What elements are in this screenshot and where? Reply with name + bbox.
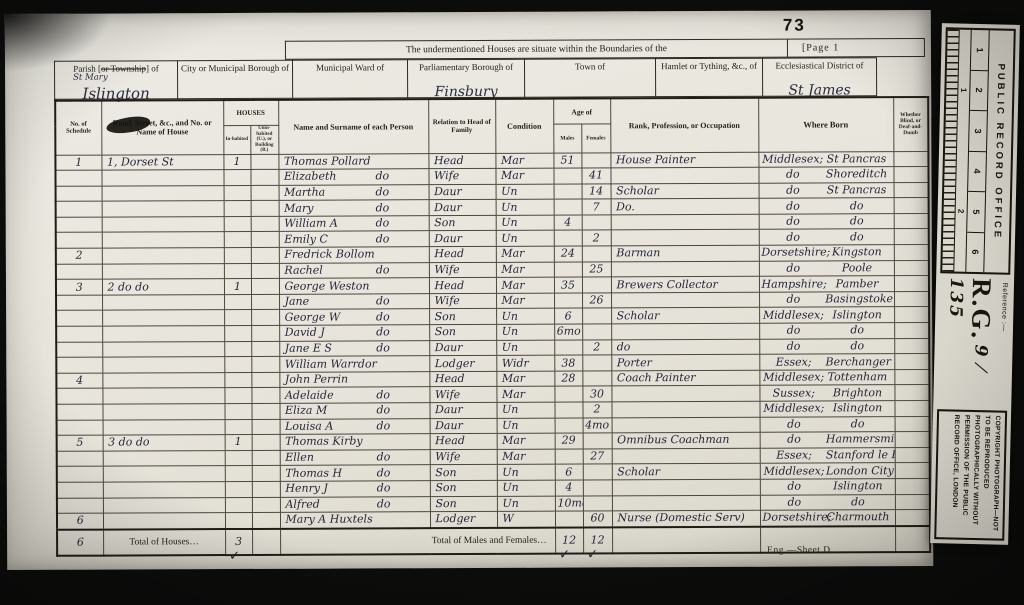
cell-schedule [57,498,103,514]
cell-schedule: 4 [56,373,102,389]
cell-schedule [56,389,102,405]
cell-name: Jane E Sdo [279,340,429,356]
cell-relation: Son [430,496,497,512]
born-place: do [825,200,889,212]
col-header-born: Where Born [758,97,893,152]
born-county: do [761,169,825,181]
hamlet-label: Hamlet or Tything, &c., of [661,61,757,71]
cell-relation: Daur [429,231,496,247]
cell-infirmity [894,198,929,214]
cell-infirmity [893,167,928,183]
cell-born: Middlesex;Islington [759,401,894,417]
born-county: Middlesex; [762,465,826,477]
cell-inhabited [224,201,251,217]
cell-schedule [56,295,102,311]
cell-condition: Un [496,324,554,340]
cell-occupation [612,448,760,464]
cell-condition: Un [496,231,554,247]
cell-born: doSt Pancras [759,182,894,198]
page-label: [Page 1 [787,38,925,58]
cell-relation: Lodger [430,512,497,528]
cell-condition: Mar [497,433,555,449]
cell-born: dodo [759,198,894,214]
cell-uninhabited [252,435,280,451]
cell-name: Alfreddo [280,496,430,512]
cell-born: dodo [760,494,895,510]
cell-condition: Un [497,418,555,434]
cell-age-female: 4mo [583,417,612,433]
person-name: William Warrdor [285,358,377,370]
person-name: George Weston [284,280,369,292]
boundary-title: The undermentioned Houses are situate wi… [285,39,787,60]
cell-road [102,201,224,217]
cell-occupation [611,292,759,308]
ruler-cm-mark: 1 [971,30,989,71]
cell-inhabited [224,263,251,279]
ruler-cm-mark: 4 [968,151,986,192]
born-county: do [762,340,826,352]
cell-relation: Head [429,246,496,262]
cell-uninhabited [251,247,279,263]
cell-age-male [553,168,581,184]
cell-inhabited: 1 [224,279,251,295]
born-place: do [825,340,889,352]
cell-infirmity [894,338,929,354]
cell-condition: Widr [496,355,554,371]
microfilm-photo: 73 The undermentioned Houses are situate… [0,0,1024,605]
col-header-schedule: No. of Schedule [55,101,101,155]
cell-inhabited [225,450,252,466]
surname-ditto: do [376,389,390,401]
person-name: George W [285,311,341,323]
cell-occupation [611,323,759,339]
cell-schedule [57,466,103,482]
cell-age-female [582,371,611,387]
cell-relation: Wife [428,168,495,184]
cell-road [102,388,224,404]
cell-inhabited [224,310,251,326]
cell-name: Thomas Hdo [280,465,430,481]
cell-inhabited [224,248,251,264]
cell-relation: Head [429,278,496,294]
cell-condition: Mar [495,168,553,184]
totals-blank [612,526,760,553]
person-name: Mary A Huxtels [285,514,372,526]
cell-uninhabited [251,310,279,326]
cell-condition: Un [497,496,555,512]
cell-road [101,170,223,186]
person-name: Louisa A [285,420,333,432]
surname-ditto: do [376,202,390,214]
cell-name: John Perrin [279,371,429,387]
born-county: Dorsetshire; [762,512,826,524]
cell-age-female: 30 [582,386,611,402]
person-name: William A [284,218,338,230]
cell-condition: Mar [496,371,554,387]
cell-name: Henry Jdo [280,481,430,497]
cell-schedule [56,311,102,327]
cell-relation: Daur [430,418,497,434]
parliamentary-borough-value: Finsbury [408,87,524,98]
cell-age-male [554,293,582,309]
cell-occupation [612,495,760,511]
cell-age-male: 6mo [554,324,582,340]
cell-road [102,232,224,248]
cell-age-female: 27 [583,449,612,465]
cell-name: William Warrdor [279,356,429,372]
surname-ditto: do [377,467,391,479]
person-name: Thomas H [285,467,342,479]
cell-uninhabited [252,512,280,528]
surname-ditto: do [377,498,391,510]
born-county: Middlesex; [762,309,826,321]
totals-schedule-mark: 6 [57,529,103,555]
reference-number: R.G. 9 ⁄ 135 [943,277,997,404]
ruler-cm-mark: 2 [970,70,988,111]
enumerator-check-females: ✓ [587,547,598,562]
cell-name: David Jdo [279,325,429,341]
cell-occupation [611,261,759,277]
born-place: Islington [825,309,889,321]
born-county: Essex; [762,450,826,462]
born-place: Shoreditch [825,169,889,181]
cell-inhabited [224,372,251,388]
cell-relation: Daur [429,184,496,200]
born-county: Hampshire; [761,278,825,290]
city-label: City or Municipal Borough of [181,63,289,73]
cell-age-female [582,246,611,262]
cell-inhabited [224,325,251,341]
cell-age-female: 41 [581,168,610,184]
cell-road [102,248,224,264]
col-header-condition: Condition [495,99,553,153]
hamlet-box: Hamlet or Tything, &c., of [655,58,762,97]
cell-infirmity [894,369,929,385]
cell-born: Middlesex;Tottenham [759,369,894,385]
cell-age-female: 26 [582,293,611,309]
cell-occupation: Do. [611,199,759,215]
ward-box: Municipal Ward of [292,59,407,99]
city-box: City or Municipal Borough of [177,60,292,100]
born-place: Islington [826,402,890,414]
parish-value: Islington [55,88,177,99]
cell-uninhabited [252,466,280,482]
cell-inhabited [225,481,252,497]
cell-born: dodo [759,214,894,230]
cell-relation: Daur [429,200,496,216]
cell-infirmity [894,400,929,416]
cell-relation: Head [429,371,496,387]
cell-age-male: 51 [553,153,581,169]
cell-condition: Un [496,215,554,231]
born-place: Pamber [825,278,889,290]
cell-road [102,185,224,201]
cell-age-male: 29 [555,433,583,449]
cell-schedule: 3 [56,279,102,295]
cell-relation: Son [429,309,496,325]
ecclesiastical-district-box: Ecclesiastical District of St James [762,57,877,97]
col-header-infirm: Whether Blind, or Deaf-and-Dumb [893,97,928,151]
cell-road [102,326,224,342]
cell-name: William Ado [279,216,429,232]
cell-schedule [56,357,102,373]
cell-relation: Wife [429,387,496,403]
cell-born: doBasingstoke [759,291,894,307]
cell-age-female [582,324,611,340]
cell-age-male: 35 [554,277,582,293]
cell-born: Middlesex;Islington [759,307,894,323]
born-county: do [761,184,825,196]
cell-inhabited [224,357,251,373]
cell-occupation [612,417,760,433]
cell-occupation [611,214,759,230]
cell-age-male [554,386,582,402]
person-name: Fredrick Bollom [284,249,374,261]
cell-occupation: Omnibus Coachman [612,432,760,448]
cell-infirmity [894,291,929,307]
cell-age-female: 2 [582,402,611,418]
cell-relation: Son [430,465,497,481]
cell-occupation: do [611,339,759,355]
cell-age-female [583,464,612,480]
cell-infirmity [894,229,929,245]
cell-inhabited [224,216,251,232]
cell-inhabited [223,170,250,186]
cell-infirmity [894,276,929,292]
enumerator-check-houses: ✓ [229,549,240,564]
surname-ditto: do [376,311,390,323]
col-header-houses: HOUSES [223,100,278,126]
pro-office-label: PUBLIC RECORD OFFICE [984,30,1013,272]
person-name: Elizabeth [284,171,337,183]
cell-road [103,497,225,513]
cell-inhabited [224,388,251,404]
person-name: Alfred [285,499,319,511]
cell-inhabited: 1 [223,154,250,170]
cell-born: dodo [759,338,894,354]
cell-inhabited [225,419,252,435]
person-name: Thomas Pollard [284,155,371,167]
cell-name: Adelaidedo [279,387,429,403]
cell-occupation: Scholar [611,183,759,199]
parliamentary-borough-box: Parliamentary Borough of Finsbury [407,59,524,99]
cell-born: dodo [759,229,894,245]
cell-road [102,404,224,420]
cell-road [102,216,224,232]
born-county: do [762,481,826,493]
ecclesiastical-district-label: Ecclesiastical District of [776,60,864,70]
cell-age-female: 25 [582,262,611,278]
person-name: Ellen [285,452,314,464]
cell-inhabited [224,185,251,201]
person-name: John Perrin [285,374,348,386]
cell-road [102,341,224,357]
cell-age-male [554,262,582,278]
cell-schedule [57,420,103,436]
cell-age-male: 4 [555,480,583,496]
person-name: Henry J [285,483,328,495]
born-place: Hammersmith [826,434,890,446]
born-place: Tottenham [826,371,890,383]
cell-road [103,482,225,498]
parish-value-small: St Mary [73,73,108,83]
cell-age-female [582,277,611,293]
cell-road [102,372,224,388]
cell-schedule [57,451,103,467]
cell-uninhabited [251,403,279,419]
town-box: Town of [524,58,655,98]
cell-inhabited [224,232,251,248]
born-place: Islington [826,480,890,492]
cell-condition: Mar [496,262,554,278]
cell-schedule [56,186,102,202]
cell-uninhabited [250,154,278,170]
cell-born: Sussex;Brighton [759,385,894,401]
cell-name: Thomas Pollard [278,153,428,169]
born-place: do [825,231,889,243]
col-header-age: Age of [553,98,610,124]
cell-road [102,263,224,279]
totals-blank [252,529,280,555]
cell-name: Mary A Huxtels [280,512,430,529]
cell-schedule [56,264,102,280]
cell-name: George Weston [279,278,429,294]
cell-uninhabited [251,232,279,248]
born-place: Kingston [825,247,889,259]
cell-relation: Wife [429,293,496,309]
cell-uninhabited [251,263,279,279]
cell-name: Emily Cdo [279,231,429,247]
cell-age-female [582,215,611,231]
born-county: do [761,231,825,243]
cell-born: Hampshire;Pamber [759,276,894,292]
cell-uninhabited [251,388,279,404]
cell-relation: Wife [429,262,496,278]
cell-road [103,466,225,482]
cell-age-female: 7 [582,199,611,215]
cell-occupation: Scholar [612,464,760,480]
cell-born: doShoreditch [758,167,893,183]
surname-ditto: do [377,451,391,463]
col-header-inhabited: In-habited [223,125,250,154]
cell-name: Elizabethdo [278,169,428,185]
cell-infirmity [894,245,929,261]
cell-name: Eliza Mdo [279,403,429,419]
cell-road [102,357,224,373]
born-county: do [761,262,825,274]
cell-age-male [554,184,582,200]
cell-infirmity [894,182,929,198]
cell-condition: Mar [495,153,553,169]
born-county: do [762,496,826,508]
cell-age-female: 14 [582,184,611,200]
cell-condition: Mar [496,387,554,403]
cell-infirmity [893,151,928,167]
cell-occupation [611,386,759,402]
cell-uninhabited [251,325,279,341]
born-county: do [762,294,826,306]
born-county: do [761,200,825,212]
cell-schedule [56,233,102,249]
cell-occupation: House Painter [610,152,758,168]
cell-born: Essex;Stanford le Hope [760,447,895,463]
cell-age-male [554,230,582,246]
col-header-relation: Relation to Head of Family [428,99,495,153]
cell-uninhabited [251,294,279,310]
ecclesiastical-district-value: St James [763,85,876,95]
parliamentary-borough-label: Parliamentary Borough of [419,62,513,72]
cell-age-male: 6 [554,308,582,324]
copyright-notice: COPYRIGHT PHOTOGRAPH—NOT TO BE REPRODUCE… [934,409,1007,541]
born-county: do [761,216,825,228]
cell-uninhabited [252,419,280,435]
cell-age-female [583,480,612,496]
cell-relation: Wife [430,449,497,465]
surname-ditto: do [376,327,390,339]
cell-schedule [56,326,102,342]
cell-age-female: 2 [582,230,611,246]
cell-infirmity [895,494,930,510]
cell-infirmity [895,416,930,432]
col-header-occupation: Rank, Profession, or Occupation [610,98,758,153]
cell-condition: Un [496,309,554,325]
ruler-inch-mark: 2 [957,209,966,214]
born-county: do [762,434,826,446]
born-county: Middlesex; [762,372,826,384]
cell-age-female: 2 [582,340,611,356]
slip-reference: Reference :— R.G. 9 ⁄ 135 [937,275,1010,405]
person-name: Jane [285,296,310,308]
cell-age-male [555,418,583,434]
cell-infirmity [895,447,930,463]
cell-occupation [611,230,759,246]
cell-condition: Un [496,184,554,200]
sheet-footer: Eng.—Sheet D. [767,545,833,555]
surname-ditto: do [376,264,390,276]
surname-ditto: do [376,342,390,354]
cell-age-female [582,355,611,371]
cell-occupation: Porter [611,354,759,370]
ward-label: Municipal Ward of [316,62,384,72]
cell-infirmity [894,385,929,401]
ruler-cm-mark: 5 [967,192,985,233]
cell-infirmity [894,213,929,229]
born-place: Charmouth [826,512,890,524]
born-place: do [826,418,890,430]
cell-schedule: 5 [57,435,103,451]
cell-uninhabited [251,357,279,373]
cell-inhabited [225,466,252,482]
cell-relation: Son [429,324,496,340]
cell-uninhabited [252,481,280,497]
person-name: Eliza M [285,405,327,417]
cell-name: Janedo [279,294,429,310]
cell-age-male: 10mo [555,496,583,512]
cell-age-male [555,511,583,527]
cell-age-male: 38 [554,355,582,371]
cell-road [102,294,224,310]
cell-born: Dorsetshire;Kingston [759,245,894,261]
cell-age-male: 28 [554,371,582,387]
person-name: Jane E S [285,343,332,355]
born-place: do [826,496,890,508]
cell-inhabited [225,513,252,529]
cell-occupation: Nurse (Domestic Serv) [612,510,760,527]
born-place: St Pancras [825,184,889,196]
born-place: Poole [825,262,889,274]
cell-age-male: 24 [554,246,582,262]
cell-age-male: 6 [555,464,583,480]
